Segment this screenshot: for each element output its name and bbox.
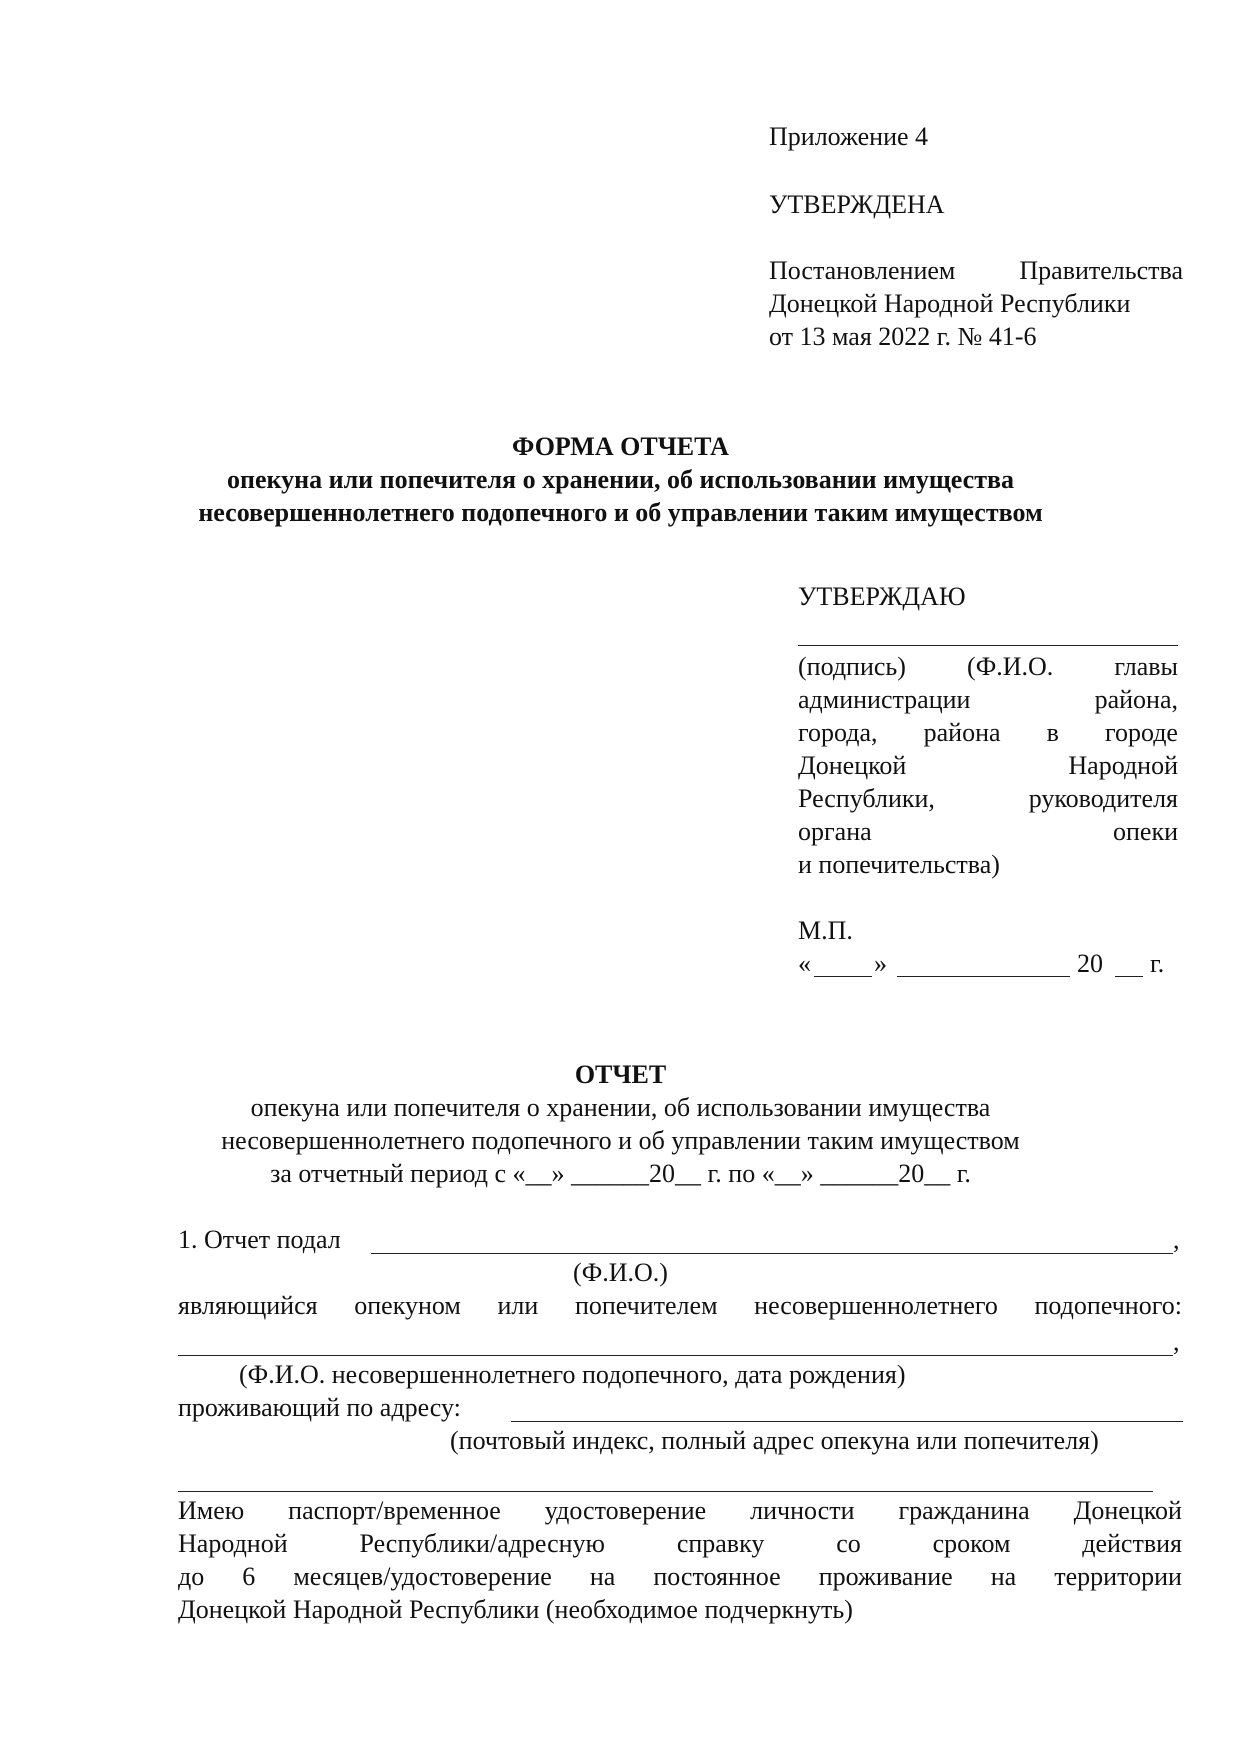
approval-year-field[interactable] — [1115, 976, 1143, 977]
guardian-word: несовершеннолетнего — [754, 1289, 998, 1322]
identity-word: Республики/адресную — [359, 1527, 605, 1560]
approval-date-open: « — [798, 947, 811, 980]
identity-word: месяцев/удостоверение — [293, 1560, 551, 1593]
caption-word: опеки — [1113, 815, 1178, 848]
approval-caption-line-4: Донецкой Народной — [798, 749, 1178, 782]
report-heading: ОТЧЕТ — [0, 1058, 1241, 1091]
approval-caption-line-5: Республики, руководителя — [798, 782, 1178, 815]
identity-word: проживание — [819, 1560, 953, 1593]
identity-word: личности — [750, 1494, 854, 1527]
fio-caption: (Ф.И.О.) — [0, 1256, 1241, 1289]
identity-word: справку — [677, 1527, 765, 1560]
decree-word: Постановлением — [769, 254, 955, 287]
caption-word: органа — [798, 815, 872, 848]
form-title-heading: ФОРМА ОТЧЕТА — [0, 430, 1241, 463]
report-line-1: опекуна или попечителя о хранении, об ис… — [0, 1091, 1241, 1124]
identity-line-4: Донецкой Народной Республики (необходимо… — [178, 1593, 853, 1626]
approval-date-close: » — [874, 947, 887, 980]
caption-word: руководителя — [1029, 782, 1178, 815]
approval-caption-line-2: администрации района, — [798, 683, 1178, 716]
identity-word: гражданина — [898, 1494, 1029, 1527]
caption-word: городе — [1105, 716, 1178, 749]
report-line-2: несовершеннолетнего подопечного и об упр… — [0, 1124, 1241, 1157]
address-field[interactable] — [511, 1421, 1183, 1422]
form-title-line-2: несовершеннолетнего подопечного и об упр… — [0, 496, 1241, 529]
report-period: за отчетный период с «__» ______20__ г. … — [0, 1157, 1241, 1190]
identity-word: Народной — [178, 1527, 288, 1560]
identity-word: на — [590, 1560, 615, 1593]
caption-word: Республики, — [798, 782, 935, 815]
submitted-by-label: 1. Отчет подал — [178, 1223, 341, 1256]
approval-caption-line-6: органа опеки — [798, 815, 1178, 848]
caption-word: Донецкой — [798, 749, 906, 782]
approval-month-field[interactable] — [897, 976, 1070, 977]
identity-word: 6 — [242, 1560, 255, 1593]
approval-day-field[interactable] — [814, 976, 872, 977]
identity-word: со — [836, 1527, 861, 1560]
identity-word: Донецкой — [1074, 1494, 1182, 1527]
appendix-label: Приложение 4 — [769, 120, 1183, 153]
decree-line-3: от 13 мая 2022 г. № 41-6 — [769, 320, 1183, 353]
identity-word: территории — [1054, 1560, 1182, 1593]
decree-line-1: Постановлением Правительства — [769, 254, 1183, 287]
identity-word: на — [991, 1560, 1016, 1593]
decree-line-2: Донецкой Народной Республики — [769, 287, 1183, 320]
identity-word: паспорт/временное — [288, 1494, 501, 1527]
approval-caption-line-1: (подпись) (Ф.И.О. главы — [798, 650, 1178, 683]
address-caption: (почтовый индекс, полный адрес опекуна и… — [450, 1424, 1099, 1457]
identity-word: удостоверение — [545, 1494, 706, 1527]
ward-caption: (Ф.И.О. несовершеннолетнего подопечного,… — [239, 1358, 906, 1391]
form-title-line-1: опекуна или попечителя о хранении, об ис… — [0, 463, 1241, 496]
caption-word: в — [1047, 716, 1059, 749]
caption-word: города, — [798, 716, 878, 749]
guardian-word: подопечного: — [1035, 1289, 1182, 1322]
approval-date-suffix: г. — [1150, 947, 1164, 980]
stamp-label: М.П. — [798, 914, 853, 947]
caption-word: главы — [1114, 650, 1178, 683]
identity-line-1: Имею паспорт/временное удостоверение лич… — [178, 1494, 1182, 1527]
identity-word: Имею — [178, 1494, 244, 1527]
guardian-word: попечителем — [575, 1289, 718, 1322]
approve-label: УТВЕРЖДАЮ — [798, 580, 966, 613]
caption-word: района, — [1095, 683, 1178, 716]
comma: , — [1173, 1223, 1180, 1256]
approval-caption-line-7: и попечительства) — [798, 848, 1000, 881]
address-field-continuation[interactable] — [178, 1491, 1153, 1492]
guardian-word: опекуном — [354, 1289, 461, 1322]
comma: , — [1173, 1325, 1180, 1358]
identity-word: до — [178, 1560, 204, 1593]
signature-line[interactable] — [798, 645, 1178, 646]
identity-line-2: Народной Республики/адресную справку со … — [178, 1527, 1182, 1560]
guardian-word: или — [497, 1289, 538, 1322]
approval-date-year: 20 — [1077, 947, 1103, 980]
caption-word: (подпись) — [798, 650, 906, 683]
caption-word: администрации — [798, 683, 970, 716]
identity-word: постоянное — [653, 1560, 780, 1593]
identity-word: сроком — [933, 1527, 1011, 1560]
decree-word: Правительства — [1019, 254, 1183, 287]
guardian-word: являющийся — [178, 1289, 318, 1322]
guardian-line: являющийся опекуном или попечителем несо… — [178, 1289, 1182, 1322]
caption-word: района — [924, 716, 1001, 749]
identity-word: действия — [1082, 1527, 1182, 1560]
caption-word: Народной — [1068, 749, 1178, 782]
caption-word: (Ф.И.О. — [967, 650, 1053, 683]
submitted-by-field[interactable] — [371, 1253, 1173, 1254]
ward-field[interactable] — [178, 1355, 1173, 1356]
approved-label: УТВЕРЖДЕНА — [769, 188, 1183, 221]
approval-caption-line-3: города, района в городе — [798, 716, 1178, 749]
identity-line-3: до 6 месяцев/удостоверение на постоянное… — [178, 1560, 1182, 1593]
address-label: проживающий по адресу: — [178, 1391, 461, 1424]
